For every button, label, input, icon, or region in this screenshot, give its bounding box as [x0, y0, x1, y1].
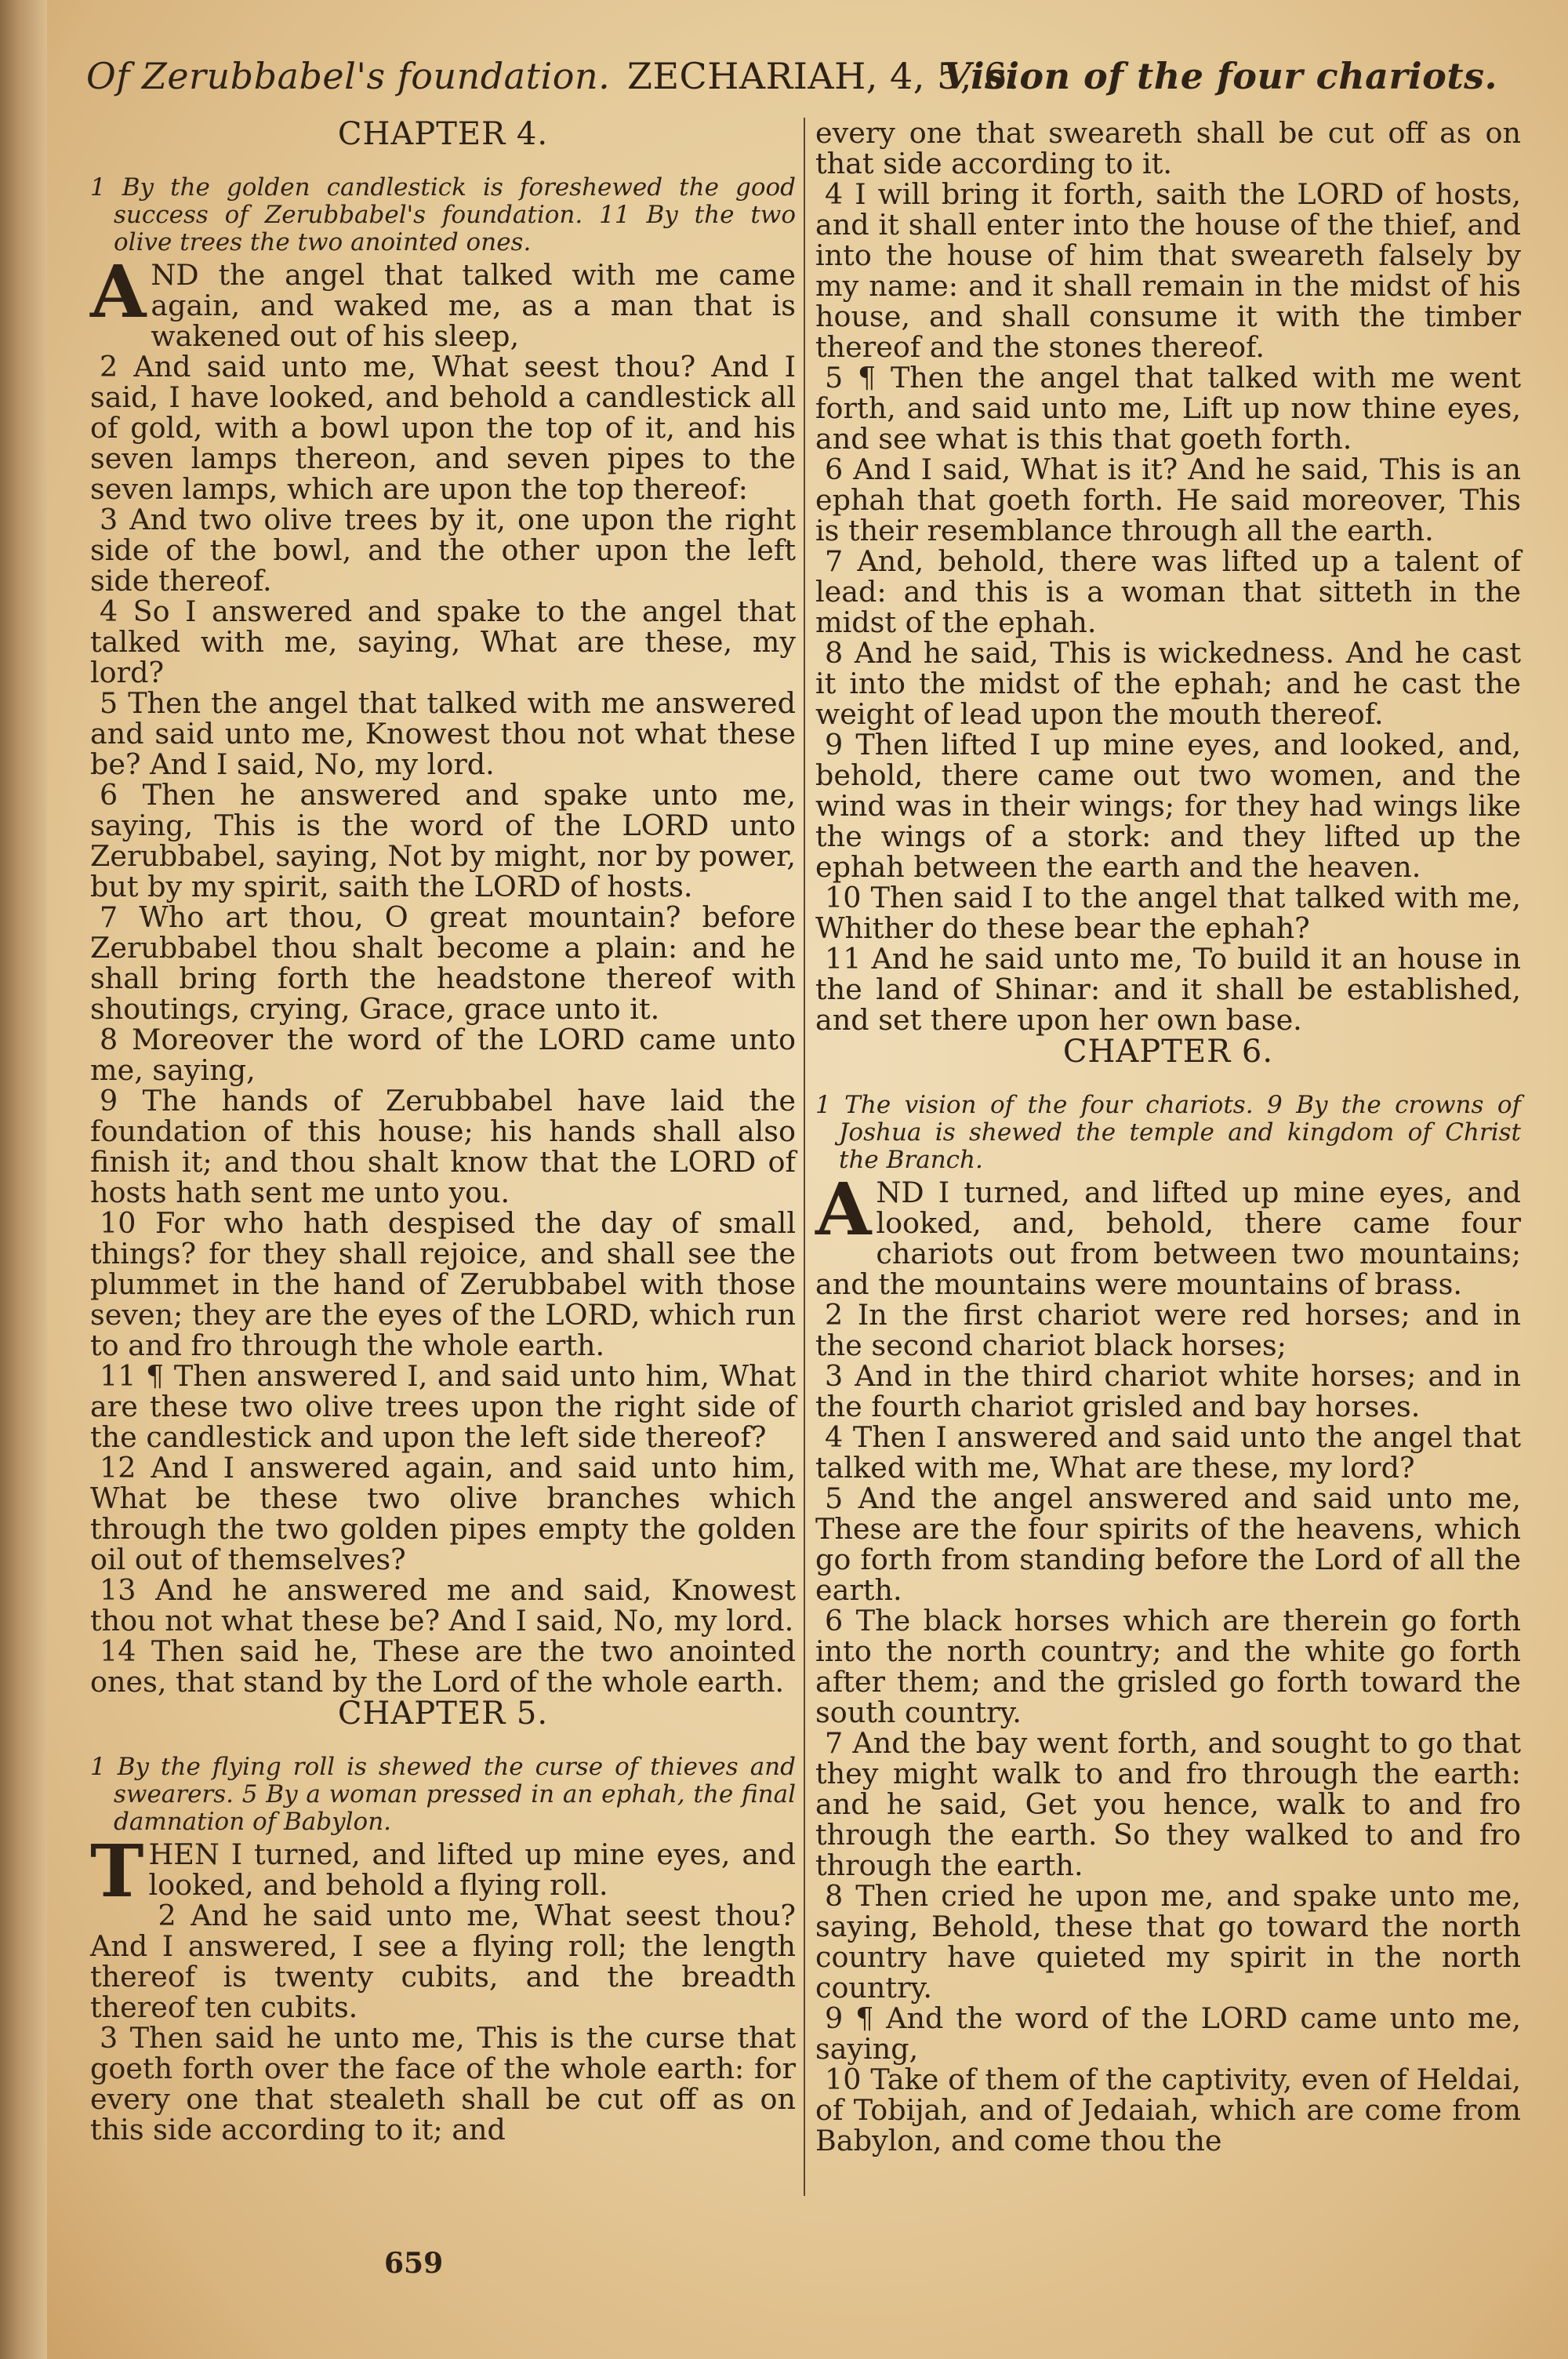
chapter-5-summary: 1 By the flying roll is shewed the curse…: [90, 1754, 796, 1836]
drop-cap: T: [90, 1841, 143, 1902]
verse: 3 Then said he unto me, This is the curs…: [90, 2023, 796, 2145]
verse-continuation: every one that sweareth shall be cut off…: [815, 118, 1521, 179]
verse: 6 And I said, What is it? And he said, T…: [815, 454, 1521, 546]
verse: 3 And two olive trees by it, one upon th…: [90, 504, 796, 596]
header-left-topic: Of Zerubbabel's foundation.: [86, 55, 610, 97]
verse: 8 And he said, This is wickedness. And h…: [815, 638, 1521, 729]
verse: 2 And he said unto me, What seest thou? …: [90, 1900, 796, 2023]
verse: 10 Take of them of the captivity, even o…: [815, 2064, 1521, 2156]
verse: 10 For who hath despised the day of smal…: [90, 1208, 796, 1361]
verse: 7 Who art thou, O great mountain? before…: [90, 902, 796, 1024]
verse: 9 ¶ And the word of the LORD came unto m…: [815, 2003, 1521, 2064]
verse: 12 And I answered again, and said unto h…: [90, 1452, 796, 1575]
verse: 4 I will bring it forth, saith the LORD …: [815, 179, 1521, 362]
verse: 3 And in the third chariot white horses;…: [815, 1361, 1521, 1422]
chapter-4-title: CHAPTER 4.: [90, 119, 796, 150]
verse: 5 Then the angel that talked with me ans…: [90, 688, 796, 780]
header-right-topic: Vision of the four chariots.: [943, 55, 1497, 97]
left-column: CHAPTER 4. 1 By the golden candlestick i…: [90, 118, 796, 2145]
verse: 4 So I answered and spake to the angel t…: [90, 596, 796, 688]
drop-cap: A: [815, 1179, 871, 1240]
verse: 4 Then I answered and said unto the ange…: [815, 1422, 1521, 1483]
verse: 2 And said unto me, What seest thou? And…: [90, 351, 796, 504]
page-number: 659: [384, 2247, 443, 2280]
verse: 11 ¶ Then answered I, and said unto him,…: [90, 1361, 796, 1452]
drop-cap: A: [90, 261, 146, 322]
chapter-6-title: CHAPTER 6.: [815, 1037, 1521, 1067]
verse: 6 The black horses which are therein go …: [815, 1605, 1521, 1728]
chapter-4-summary: 1 By the golden candlestick is foreshewe…: [90, 174, 796, 256]
verse: 7 And, behold, there was lifted up a tal…: [815, 546, 1521, 638]
verse: 11 And he said unto me, To build it an h…: [815, 943, 1521, 1035]
verse: 2 In the first chariot were red horses; …: [815, 1299, 1521, 1361]
verse: 13 And he answered me and said, Knowest …: [90, 1575, 796, 1636]
verse: 9 Then lifted I up mine eyes, and looked…: [815, 729, 1521, 882]
chapter-6-summary: 1 The vision of the four chariots. 9 By …: [815, 1092, 1521, 1174]
column-divider: [804, 118, 805, 2196]
verse: AND the angel that talked with me came a…: [90, 260, 796, 351]
verse: 8 Moreover the word of the LORD came unt…: [90, 1024, 796, 1085]
chapter-5-title: CHAPTER 5.: [90, 1699, 796, 1729]
verse: 5 ¶ Then the angel that talked with me w…: [815, 362, 1521, 454]
book-binding-edge: [0, 0, 47, 2359]
verse: 10 Then said I to the angel that talked …: [815, 882, 1521, 943]
running-header: Of Zerubbabel's foundation. ZECHARIAH, 4…: [86, 55, 1497, 110]
verse: AND I turned, and lifted up mine eyes, a…: [815, 1177, 1521, 1299]
verse: 14 Then said he, These are the two anoin…: [90, 1636, 796, 1697]
verse: 6 Then he answered and spake unto me, sa…: [90, 780, 796, 902]
verse: 7 And the bay went forth, and sought to …: [815, 1728, 1521, 1881]
verse: 9 The hands of Zerubbabel have laid the …: [90, 1085, 796, 1208]
verse: 5 And the angel answered and said unto m…: [815, 1483, 1521, 1605]
verse: THEN I turned, and lifted up mine eyes, …: [90, 1839, 796, 1900]
verse: 8 Then cried he upon me, and spake unto …: [815, 1881, 1521, 2003]
right-column: every one that sweareth shall be cut off…: [815, 118, 1521, 2156]
